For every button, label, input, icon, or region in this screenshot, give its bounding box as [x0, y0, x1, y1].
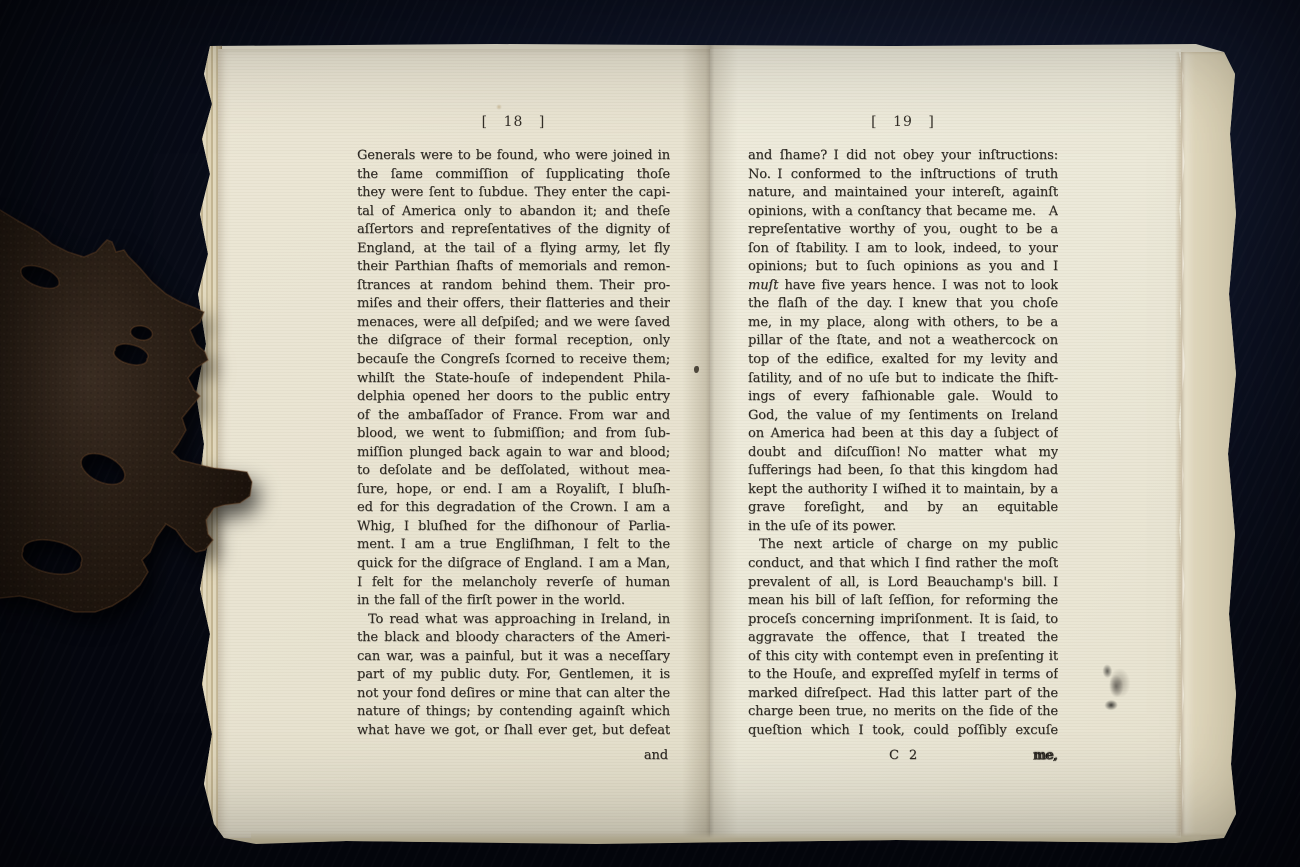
text-line: miſes and their offers, their flatteries…	[357, 295, 670, 314]
signature-c2: C 2	[748, 747, 1058, 765]
text-line: whilſt the State-houſe of independent Ph…	[357, 370, 670, 389]
text-line: queſtion which I took, could poſſibly ex…	[748, 722, 1058, 741]
text-line: what have we got, or ſhall ever get, but…	[357, 722, 670, 741]
text-line: ings of every faſhionable gale. Would to	[748, 388, 1058, 407]
text-line: ed for this degradation of the Crown. I …	[357, 499, 670, 518]
text-line: ſon of ſtability. I am to look, indeed, …	[748, 240, 1058, 259]
text-line: becauſe the Congreſs ſcorned to receive …	[357, 351, 670, 370]
text-line: the diſgrace of their formal reception, …	[357, 332, 670, 351]
text-line: and ſhame? I did not obey your inſtructi…	[748, 147, 1058, 166]
text-line: ſatility, and of no uſe but to indicate …	[748, 370, 1058, 389]
page-18-text: Generals were to be found, who were join…	[357, 147, 670, 765]
text-line: aggravate the offence, that I treated th…	[748, 629, 1058, 648]
signature-row: C 2me,	[748, 747, 1058, 765]
text-line: in the uſe of its power.	[748, 518, 1058, 537]
book: [ 18 ] [ 19 ] Generals were to be found,…	[196, 44, 1237, 844]
page-number-19: [ 19 ]	[748, 114, 1058, 130]
text-line: delphia opened her doors to the public e…	[357, 388, 670, 407]
text-line: their Parthian ſhafts of memorials and r…	[357, 258, 670, 277]
text-line: aſſertors and repreſentatives of the dig…	[357, 221, 670, 240]
catchword-me: me,	[1034, 747, 1058, 765]
text-line: blood, we went to ſubmiſſion; and from ſ…	[357, 425, 670, 444]
text-line: ſtrances at random behind them. Their pr…	[357, 277, 670, 296]
text-line: the flaſh of the day. I knew that you ch…	[748, 295, 1058, 314]
text-line: To read what was approaching in Ireland,…	[357, 611, 670, 630]
page-19-text: and ſhame? I did not obey your inſtructi…	[748, 147, 1058, 765]
photo-background: [ 18 ] [ 19 ] Generals were to be found,…	[0, 0, 1300, 867]
bottom-page-edges	[251, 832, 1201, 842]
text-line: they were ſent to ſubdue. They enter the…	[357, 184, 670, 203]
text-line: England, at the tail of a flying army, l…	[357, 240, 670, 259]
book-gutter	[682, 44, 738, 844]
text-line: tal of America only to abandon it; and t…	[357, 203, 670, 222]
text-line: menaces, were all deſpiſed; and we were …	[357, 314, 670, 333]
text-line: part of my public duty. For, Gentlemen, …	[357, 666, 670, 685]
text-line: to the Houſe, and expreſſed myſelf in te…	[748, 666, 1058, 685]
text-line: of the ambaſſador of France. From war an…	[357, 407, 670, 426]
text-line: miſſion plunged back again to war and bl…	[357, 444, 670, 463]
text-line: on America had been at this day a ſubjec…	[748, 425, 1058, 444]
rusted-metal-silhouette-object	[0, 192, 268, 624]
text-line: repreſentative worthy of you, ought to b…	[748, 221, 1058, 240]
text-line: the black and bloody characters of the A…	[357, 629, 670, 648]
page-number-18: [ 18 ]	[357, 114, 670, 130]
text-line: I felt for the melancholy reverſe of hum…	[357, 574, 670, 593]
text-line: The next article of charge on my public	[748, 536, 1058, 555]
text-line: Whig, I bluſhed for the diſhonour of Par…	[357, 518, 670, 537]
text-line: quick for the diſgrace of England. I am …	[357, 555, 670, 574]
text-line: No. I conformed to the inſtructions of t…	[748, 166, 1058, 185]
text-line: prevalent of all, is Lord Beauchamp's bi…	[748, 574, 1058, 593]
text-line: of this city with contempt even in preſe…	[748, 648, 1058, 667]
text-line: mean his bill of laſt ſeſſion, for refor…	[748, 592, 1058, 611]
text-line: proceſs concerning impriſonment. It is ſ…	[748, 611, 1058, 630]
text-line: doubt and diſcuſſion! No matter what my	[748, 444, 1058, 463]
catchword-and: and	[357, 747, 670, 765]
text-line: ment. I am a true Engliſhman, I felt to …	[357, 536, 670, 555]
text-line: not your fond deſires or mine that can a…	[357, 685, 670, 704]
text-line: opinions, with a conſtancy that became m…	[748, 203, 1058, 222]
text-line: top of the edifice, exalted for my levit…	[748, 351, 1058, 370]
text-line: the ſame commiſſion of ſupplicating thoſ…	[357, 166, 670, 185]
text-line: muſt have five years hence. I was not to…	[748, 277, 1058, 296]
right-underpage-edge	[1181, 52, 1237, 836]
text-line: pillar of the ſtate, and not a weatherco…	[748, 332, 1058, 351]
text-line: charge been true, no merits on the ſide …	[748, 703, 1058, 722]
text-line: nature of things; by contending againſt …	[357, 703, 670, 722]
text-line: ſure, hope, or end. I am a Royaliſt, I b…	[357, 481, 670, 500]
text-line: Generals were to be found, who were join…	[357, 147, 670, 166]
text-line: God, the value of my ſentiments on Irela…	[748, 407, 1058, 426]
text-line: conduct, and that which I find rather th…	[748, 555, 1058, 574]
text-line: to deſolate and be deſſolated, without m…	[357, 462, 670, 481]
text-line: can war, was a painful, but it was a nec…	[357, 648, 670, 667]
text-line: ſufferings had been, ſo that this kingdo…	[748, 462, 1058, 481]
text-line: me, in my place, along with others, to b…	[748, 314, 1058, 333]
text-line: in the fall of the firſt power in the wo…	[357, 592, 670, 611]
text-line: kept the authority I wiſhed it to mainta…	[748, 481, 1058, 500]
text-line: nature, and maintained your intereſt, ag…	[748, 184, 1058, 203]
foxing-spot	[496, 104, 502, 110]
text-line: grave foreſight, and by an equitable tem…	[748, 499, 1058, 518]
text-line: marked diſreſpect. Had this latter part …	[748, 685, 1058, 704]
text-line: opinions; but to ſuch opinions as you an…	[748, 258, 1058, 277]
